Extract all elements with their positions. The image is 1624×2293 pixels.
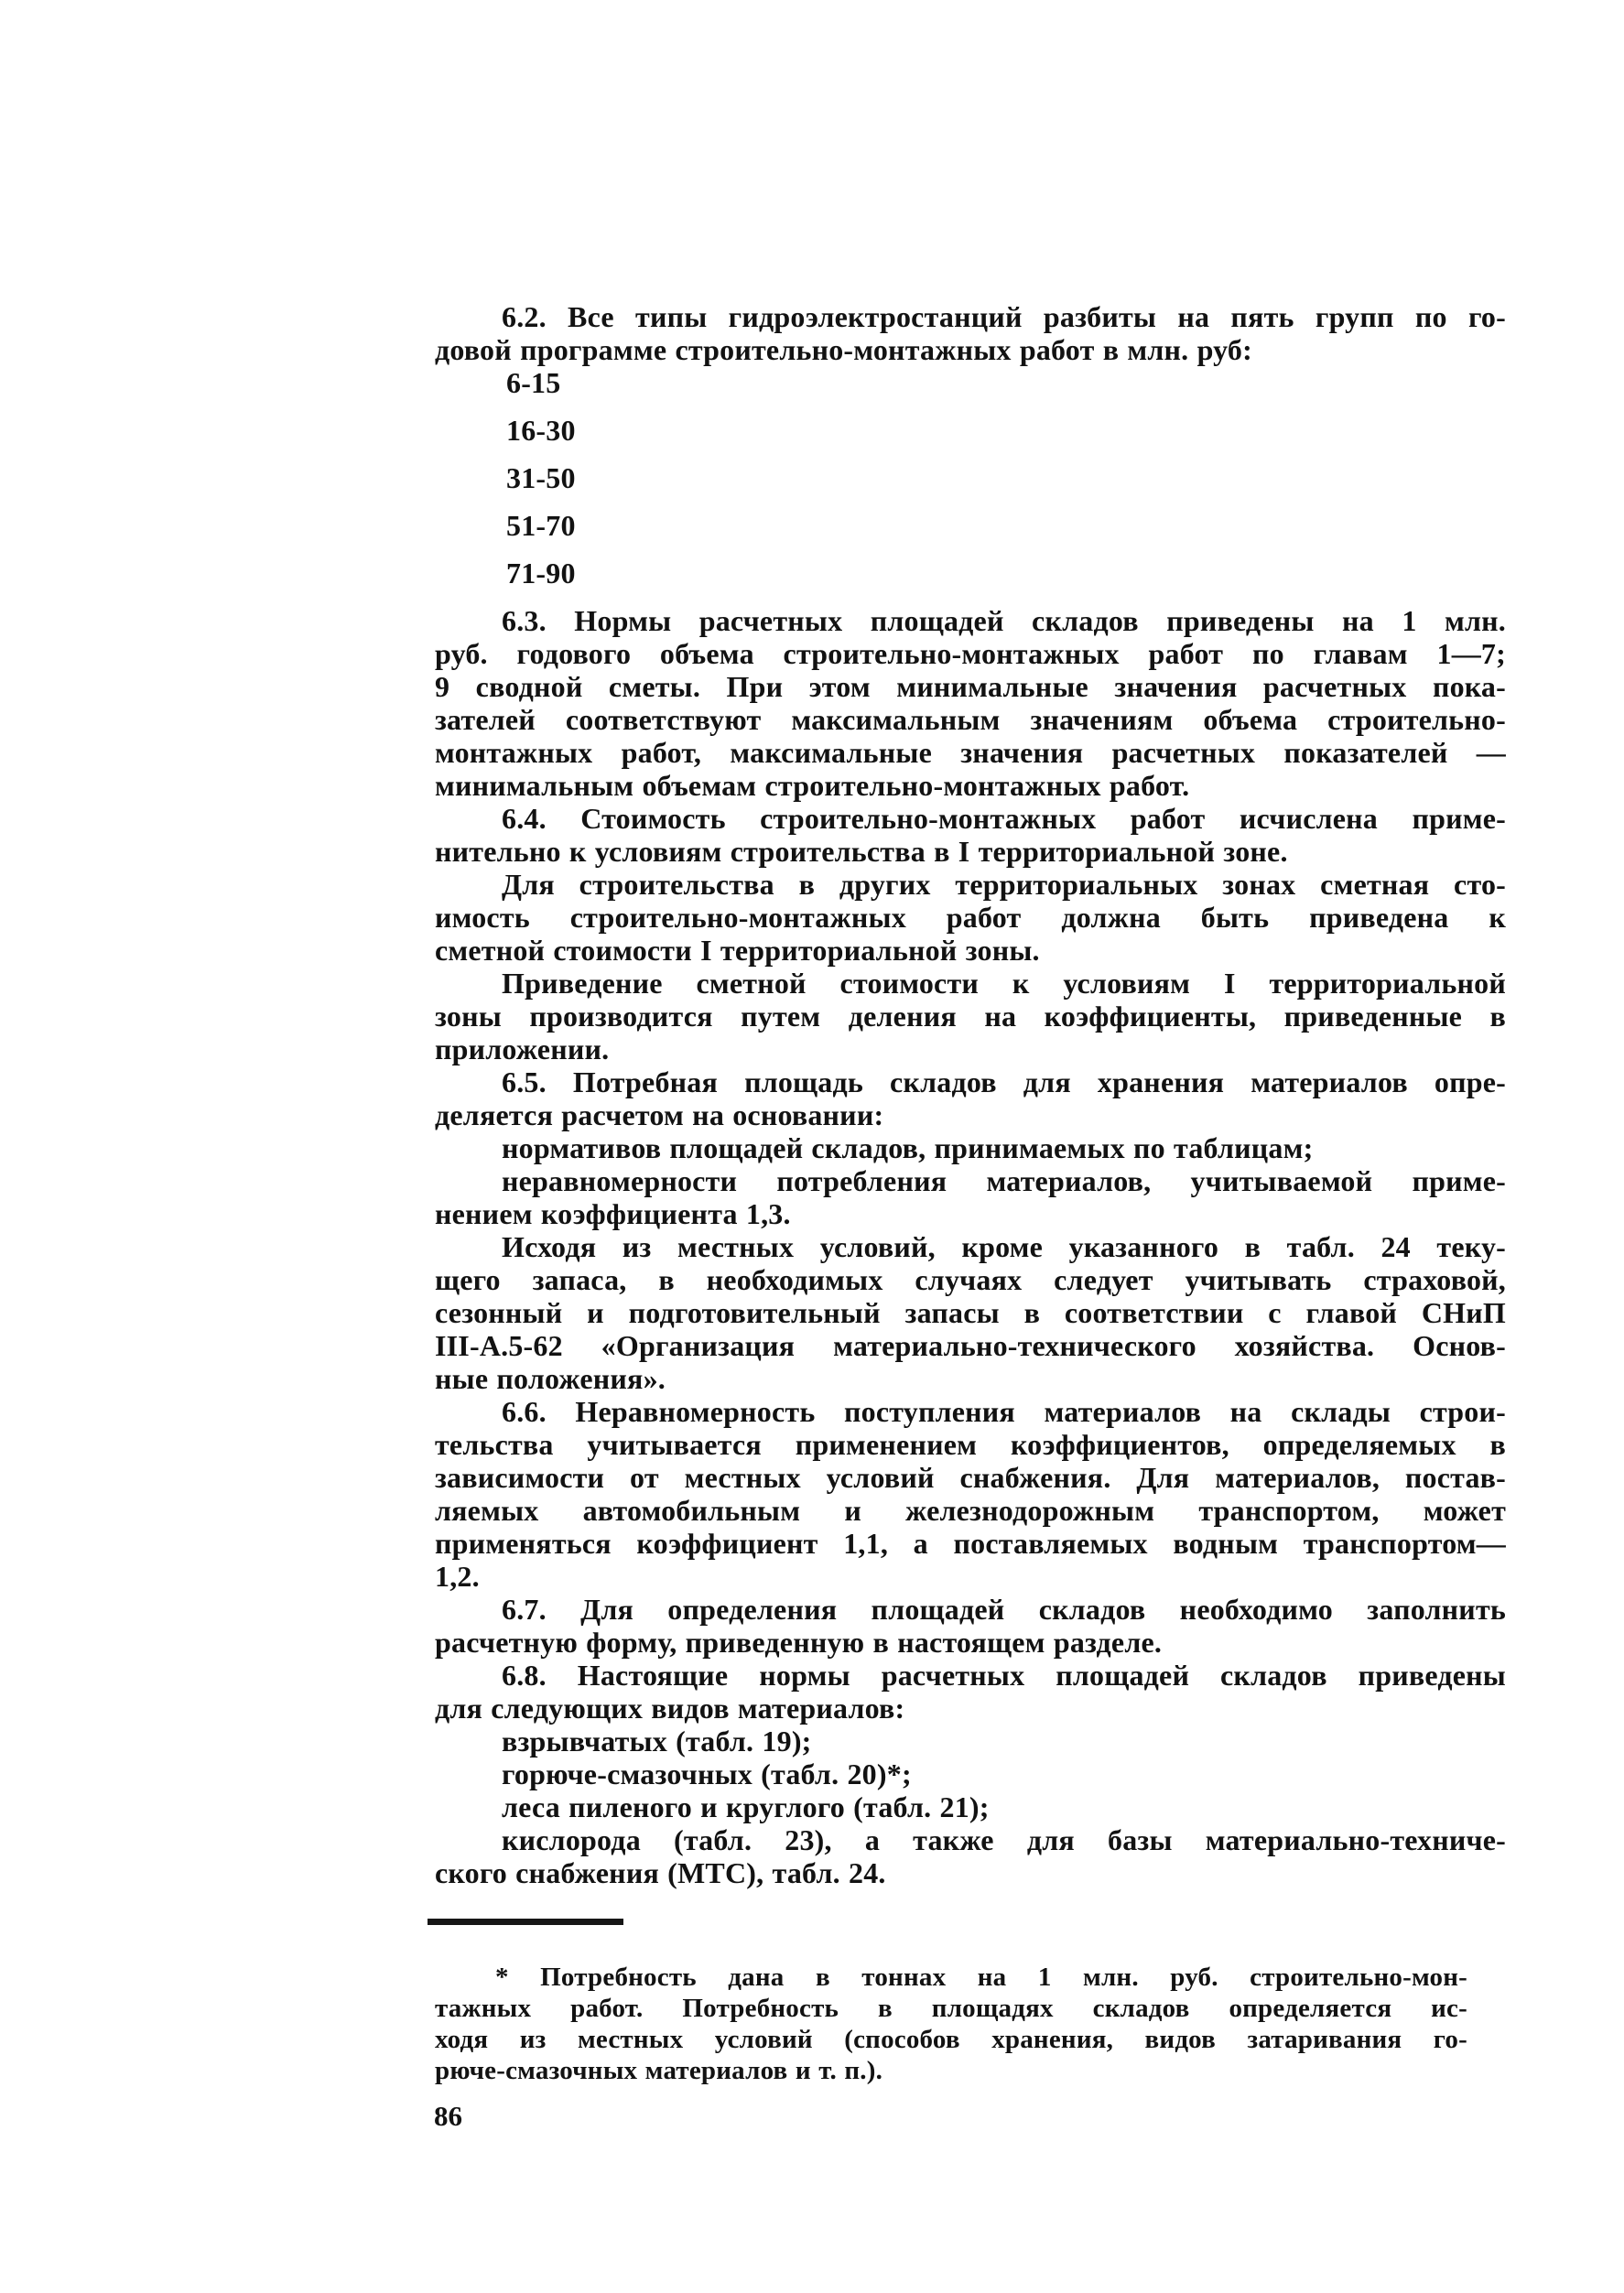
list-item: 31-50 bbox=[435, 461, 1506, 494]
text-line: 9 сводной сметы. При этом минимальные зн… bbox=[435, 670, 1506, 703]
text-line: ляемых автомобильным и железнодорожным т… bbox=[435, 1494, 1506, 1527]
footnote-line: рюче-смазочных материалов и т. п.). bbox=[435, 2055, 1467, 2086]
text-line: ные положения». bbox=[435, 1362, 1506, 1395]
text-line: нением коэффициента 1,3. bbox=[435, 1197, 1506, 1230]
text-line: Приведение сметной стоимости к условиям … bbox=[435, 967, 1506, 1000]
text-line: применяться коэффициент 1,1, а поставляе… bbox=[435, 1527, 1506, 1560]
text-line: расчетную форму, приведенную в настоящем… bbox=[435, 1626, 1506, 1659]
list-item: 51-70 bbox=[435, 509, 1506, 542]
list-item: 71-90 bbox=[435, 557, 1506, 589]
text-line: приложении. bbox=[435, 1033, 1506, 1065]
footnote-separator bbox=[428, 1919, 623, 1925]
text-line: довой программе строительно-монтажных ра… bbox=[435, 333, 1506, 366]
text-line: 6.2. Все типы гидроэлектростанций разбит… bbox=[435, 300, 1506, 333]
text-line: для следующих видов материалов: bbox=[435, 1692, 1506, 1725]
text-line: 1,2. bbox=[435, 1560, 1506, 1593]
paragraph-6-8: 6.8. Настоящие нормы расчетных площадей … bbox=[435, 1659, 1506, 1889]
text-line: нормативов площадей складов, принимаемых… bbox=[435, 1131, 1506, 1164]
text-line: зателей соответствуют максимальным значе… bbox=[435, 703, 1506, 736]
text-line: 6.5. Потребная площадь складов для хране… bbox=[435, 1065, 1506, 1098]
text-line: зоны производится путем деления на коэфф… bbox=[435, 1000, 1506, 1033]
text-line: нительно к условиям строительства в I те… bbox=[435, 835, 1506, 868]
material-list-item: горюче-смазочных (табл. 20)*; bbox=[435, 1758, 1506, 1790]
text-line: 6.7. Для определения площадей складов не… bbox=[435, 1593, 1506, 1626]
footnote-line: ходя из местных условий (способов хранен… bbox=[435, 2024, 1467, 2055]
text-line: деляется расчетом на основании: bbox=[435, 1098, 1506, 1131]
group-ranges-list: 6-15 16-30 31-50 51-70 71-90 bbox=[435, 366, 1506, 589]
text-line: монтажных работ, максимальные значения р… bbox=[435, 736, 1506, 769]
material-list-item: леса пиленого и круглого (табл. 21); bbox=[435, 1790, 1506, 1823]
scanned-document-page: 6.2. Все типы гидроэлектростанций разбит… bbox=[0, 0, 1624, 2293]
text-line: сезонный и подготовительный запасы в соо… bbox=[435, 1296, 1506, 1329]
text-line: тельства учитывается применением коэффиц… bbox=[435, 1428, 1506, 1461]
text-line: ского снабжения (МТС), табл. 24. bbox=[435, 1856, 1506, 1889]
paragraph-6-2: 6.2. Все типы гидроэлектростанций разбит… bbox=[435, 300, 1506, 366]
body-text: 6.2. Все типы гидроэлектростанций разбит… bbox=[435, 300, 1506, 2086]
text-line: щего запаса, в необходимых случаях следу… bbox=[435, 1263, 1506, 1296]
page-number: 86 bbox=[434, 2100, 462, 2133]
text-line: сметной стоимости I территориальной зоны… bbox=[435, 934, 1506, 967]
paragraph-6-3: 6.3. Нормы расчетных площадей складов пр… bbox=[435, 604, 1506, 802]
text-line: зависимости от местных условий снабжения… bbox=[435, 1461, 1506, 1494]
list-item: 6-15 bbox=[435, 366, 1506, 399]
paragraph-6-7: 6.7. Для определения площадей складов не… bbox=[435, 1593, 1506, 1659]
footnote: * Потребность дана в тоннах на 1 млн. ру… bbox=[435, 1962, 1467, 2086]
text-line: кислорода (табл. 23), а также для базы м… bbox=[435, 1823, 1506, 1856]
text-line: III-А.5-62 «Организация материально-техн… bbox=[435, 1329, 1506, 1362]
text-line: 6.6. Неравномерность поступления материа… bbox=[435, 1395, 1506, 1428]
paragraph-6-4: 6.4. Стоимость строительно-монтажных раб… bbox=[435, 802, 1506, 1065]
footnote-line: тажных работ. Потребность в площадях скл… bbox=[435, 1993, 1467, 2024]
material-list-item: взрывчатых (табл. 19); bbox=[435, 1725, 1506, 1758]
text-line: неравномерности потребления материалов, … bbox=[435, 1164, 1506, 1197]
text-line: руб. годового объема строительно-монтажн… bbox=[435, 637, 1506, 670]
text-line: минимальным объемам строительно-монтажны… bbox=[435, 769, 1506, 802]
paragraph-6-5: 6.5. Потребная площадь складов для хране… bbox=[435, 1065, 1506, 1395]
footnote-line: * Потребность дана в тоннах на 1 млн. ру… bbox=[435, 1962, 1467, 1993]
text-line: 6.4. Стоимость строительно-монтажных раб… bbox=[435, 802, 1506, 835]
text-line: 6.3. Нормы расчетных площадей складов пр… bbox=[435, 604, 1506, 637]
text-line: имость строительно-монтажных работ должн… bbox=[435, 901, 1506, 934]
list-item: 16-30 bbox=[435, 414, 1506, 447]
paragraph-6-6: 6.6. Неравномерность поступления материа… bbox=[435, 1395, 1506, 1593]
text-line: Для строительства в других территориальн… bbox=[435, 868, 1506, 901]
text-line: 6.8. Настоящие нормы расчетных площадей … bbox=[435, 1659, 1506, 1692]
text-line: Исходя из местных условий, кроме указанн… bbox=[435, 1230, 1506, 1263]
